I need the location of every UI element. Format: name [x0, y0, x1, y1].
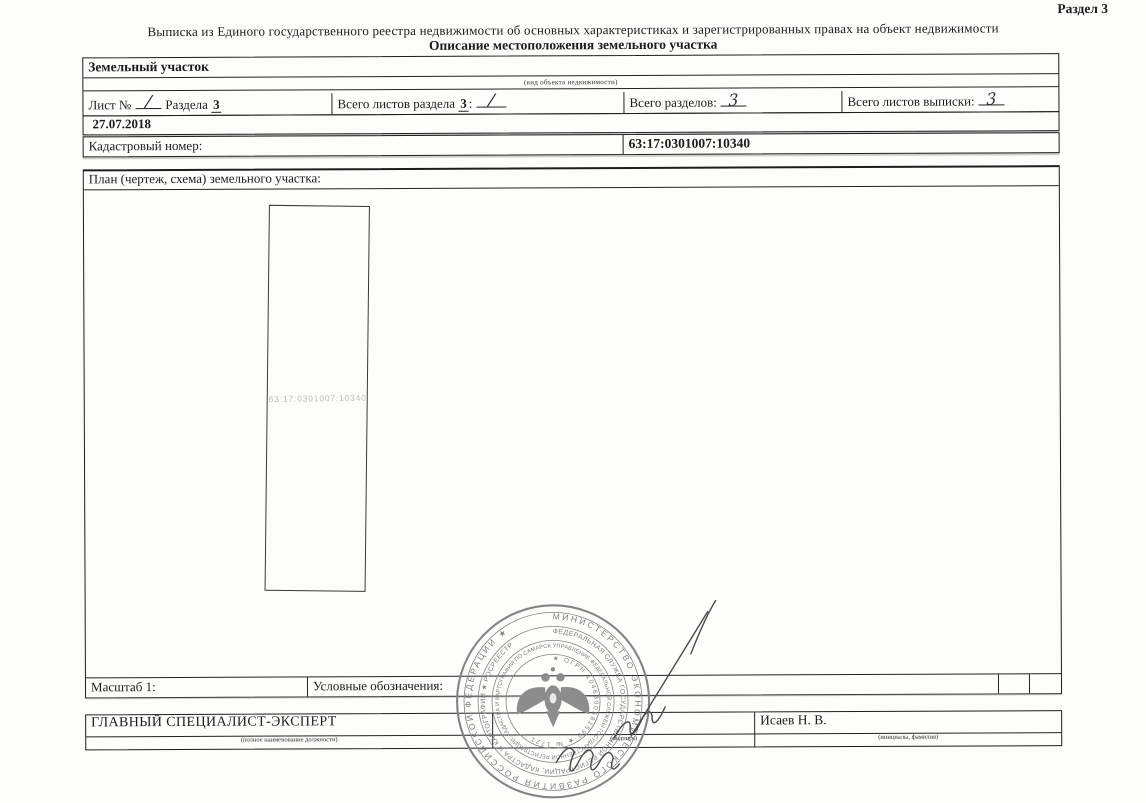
total-sections-blank: 3: [721, 92, 747, 106]
section-word-label: Раздела: [165, 97, 208, 112]
total-section-sheets-label: Всего листов раздела: [337, 96, 455, 112]
handwritten-sheet-number: /: [145, 94, 152, 111]
cadastral-number-label: Кадастровый номер:: [84, 135, 623, 156]
position-caption: (полное наименование должности): [86, 736, 492, 750]
plan-title: План (чертеж, схема) земельного участка:: [84, 169, 325, 189]
parcel-outline: 63:17:0301007:10340: [265, 205, 370, 592]
handwritten-signature: [538, 591, 774, 797]
section-number-value: 3: [211, 97, 222, 113]
page-section-label: Раздел 3: [1002, 1, 1108, 17]
total-section-sheets-value: 3: [458, 96, 469, 112]
parcel-cadastral-label: 63:17:0301007:10340: [268, 393, 366, 404]
cadastral-number-value: 63:17:0301007:10340: [623, 133, 1059, 154]
handwritten-total-extract-sheets: 3: [986, 91, 996, 109]
handwritten-slash: /: [488, 92, 495, 109]
colon: :: [469, 96, 473, 111]
total-extract-sheets-blank: 3: [979, 91, 1005, 105]
total-extract-sheets-label: Всего листов выписки:: [847, 93, 974, 109]
handwritten-total-sections: 3: [729, 92, 739, 110]
extract-date-row: 27.07.2018: [82, 111, 1059, 135]
sheet-number-blank: /: [135, 95, 161, 109]
object-kind-caption: (вид объекта недвижимости): [524, 78, 618, 86]
object-kind: Земельный участок: [83, 58, 213, 78]
name-caption: (инициалы, фамилия): [754, 733, 1061, 746]
object-header-table: Земельный участок (вид объекта недвижимо…: [82, 53, 1059, 116]
sheet-number-label: Лист №: [88, 97, 131, 112]
total-sections-cell: Всего разделов:3: [623, 91, 841, 113]
total-extract-sheets-cell: Всего листов выписки:3: [841, 90, 1058, 112]
sheet-number-cell: Лист №/Раздела 3: [83, 93, 331, 115]
total-sections-label: Всего разделов:: [629, 95, 716, 110]
scanned-document-page: Раздел 3 Выписка из Единого государствен…: [0, 0, 1146, 803]
legend-empty-box-2: [1029, 674, 1061, 693]
signatory-name: Исаев Н. В.: [754, 711, 1061, 734]
position-value: ГЛАВНЫЙ СПЕЦИАЛИСТ-ЭКСПЕРТ: [86, 714, 492, 738]
scale-cell: Масштаб 1:: [86, 677, 307, 697]
legend-empty-box-1: [998, 674, 1029, 693]
total-section-sheets-cell: Всего листов раздела 3:/: [331, 92, 623, 114]
cadastral-number-row: Кадастровый номер: 63:17:0301007:10340: [83, 132, 1060, 157]
extract-date: 27.07.2018: [83, 114, 155, 134]
total-section-sheets-blank: /: [476, 94, 506, 108]
